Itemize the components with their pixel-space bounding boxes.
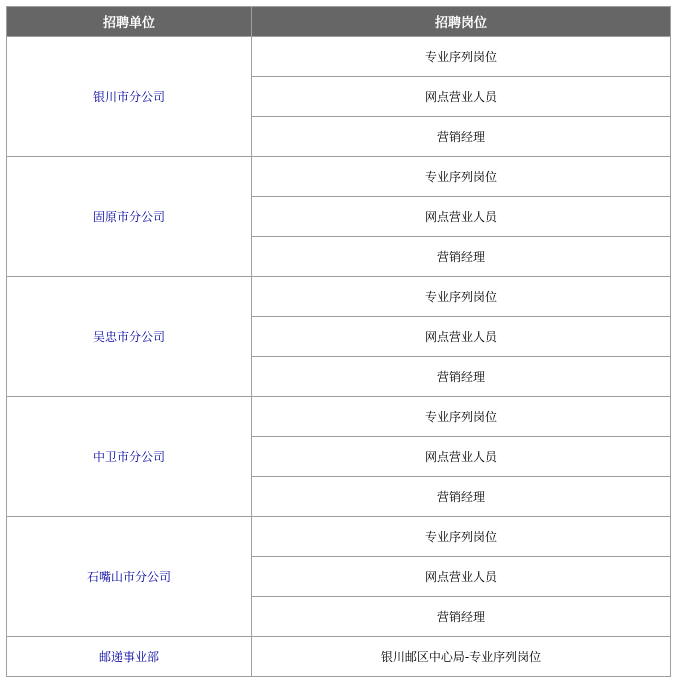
position-cell: 专业序列岗位 <box>252 517 671 557</box>
unit-cell: 中卫市分公司 <box>7 397 252 517</box>
unit-cell: 邮递事业部 <box>7 637 252 677</box>
position-cell: 网点营业人员 <box>252 557 671 597</box>
unit-cell: 固原市分公司 <box>7 157 252 277</box>
header-unit: 招聘单位 <box>7 7 252 37</box>
position-cell: 银川邮区中心局-专业序列岗位 <box>252 637 671 677</box>
position-cell: 专业序列岗位 <box>252 397 671 437</box>
unit-cell: 银川市分公司 <box>7 37 252 157</box>
position-cell: 网点营业人员 <box>252 317 671 357</box>
position-cell: 营销经理 <box>252 237 671 277</box>
position-cell: 营销经理 <box>252 357 671 397</box>
table-row: 石嘴山市分公司 专业序列岗位 <box>7 517 671 557</box>
table-row: 吴忠市分公司 专业序列岗位 <box>7 277 671 317</box>
table-row: 银川市分公司 专业序列岗位 <box>7 37 671 77</box>
recruitment-table: 招聘单位 招聘岗位 银川市分公司 专业序列岗位 网点营业人员 营销经理 固原市分… <box>6 6 671 677</box>
unit-cell: 吴忠市分公司 <box>7 277 252 397</box>
unit-cell: 石嘴山市分公司 <box>7 517 252 637</box>
position-cell: 专业序列岗位 <box>252 37 671 77</box>
table-row: 固原市分公司 专业序列岗位 <box>7 157 671 197</box>
table-header-row: 招聘单位 招聘岗位 <box>7 7 671 37</box>
position-cell: 营销经理 <box>252 477 671 517</box>
position-cell: 网点营业人员 <box>252 77 671 117</box>
header-position: 招聘岗位 <box>252 7 671 37</box>
table-row: 中卫市分公司 专业序列岗位 <box>7 397 671 437</box>
table-row: 邮递事业部 银川邮区中心局-专业序列岗位 <box>7 637 671 677</box>
position-cell: 网点营业人员 <box>252 197 671 237</box>
position-cell: 网点营业人员 <box>252 437 671 477</box>
position-cell: 专业序列岗位 <box>252 277 671 317</box>
position-cell: 营销经理 <box>252 117 671 157</box>
position-cell: 营销经理 <box>252 597 671 637</box>
position-cell: 专业序列岗位 <box>252 157 671 197</box>
